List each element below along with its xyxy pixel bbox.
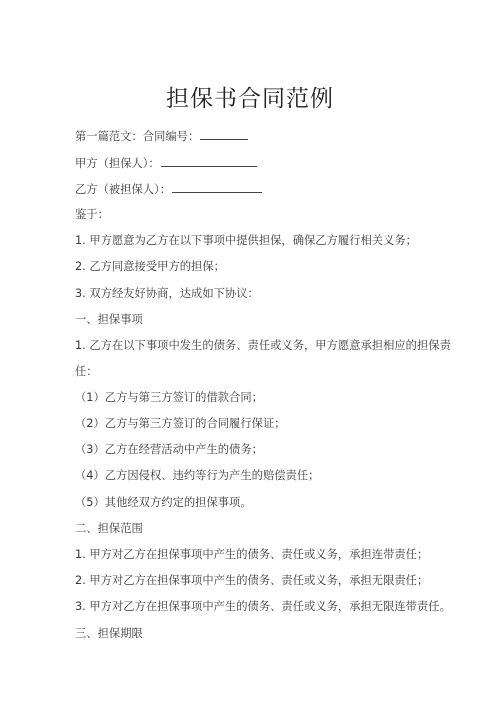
party-a-label: 甲方（担保人）： xyxy=(75,157,160,170)
list-item: （1）乙方与第三方签订的借款合同； xyxy=(75,391,263,405)
paragraph-line: 1. 乙方在以下事项中发生的债务、责任或义务，甲方愿意承担相应的担保责 xyxy=(75,339,451,353)
list-item: （5）其他经双方约定的担保事项。 xyxy=(75,496,252,510)
list-item: 3. 甲方对乙方在担保事项中产生的债务、责任或义务，承担无限连带责任。 xyxy=(75,600,451,614)
contract-number-line: 第一篇范文：合同编号： xyxy=(75,129,248,144)
list-item: （2）乙方与第三方签订的合同履行保证； xyxy=(75,417,286,431)
section-heading: 二、担保范围 xyxy=(75,522,143,536)
party-a-line: 甲方（担保人）： xyxy=(75,156,257,171)
whereas-item: 1. 甲方愿意为乙方在以下事项中提供担保，确保乙方履行相关义务； xyxy=(75,234,417,248)
list-item: （4）乙方因侵权、违约等行为产生的赔偿责任； xyxy=(75,469,319,483)
paragraph-line: 任： xyxy=(75,365,98,379)
contract-number-blank xyxy=(200,129,248,140)
whereas-label: 鉴于： xyxy=(75,208,109,222)
section-heading: 一、担保事项 xyxy=(75,313,143,327)
list-item: 1. 甲方对乙方在担保事项中产生的债务、责任或义务，承担连带责任； xyxy=(75,548,428,562)
party-a-blank xyxy=(161,156,257,167)
party-b-line: 乙方（被担保人）： xyxy=(75,182,262,197)
party-b-blank xyxy=(172,182,262,193)
party-b-label: 乙方（被担保人）： xyxy=(75,183,171,196)
contract-number-label: 第一篇范文：合同编号： xyxy=(75,130,199,143)
whereas-item: 2. 乙方同意接受甲方的担保； xyxy=(75,260,225,274)
document-title: 担保书合同范例 xyxy=(0,84,500,114)
list-item: 2. 甲方对乙方在担保事项中产生的债务、责任或义务，承担无限责任； xyxy=(75,574,428,588)
section-heading: 三、担保期限 xyxy=(75,627,143,641)
whereas-item: 3. 双方经友好协商，达成如下协议： xyxy=(75,287,259,301)
list-item: （3）乙方在经营活动中产生的债务； xyxy=(75,443,263,457)
